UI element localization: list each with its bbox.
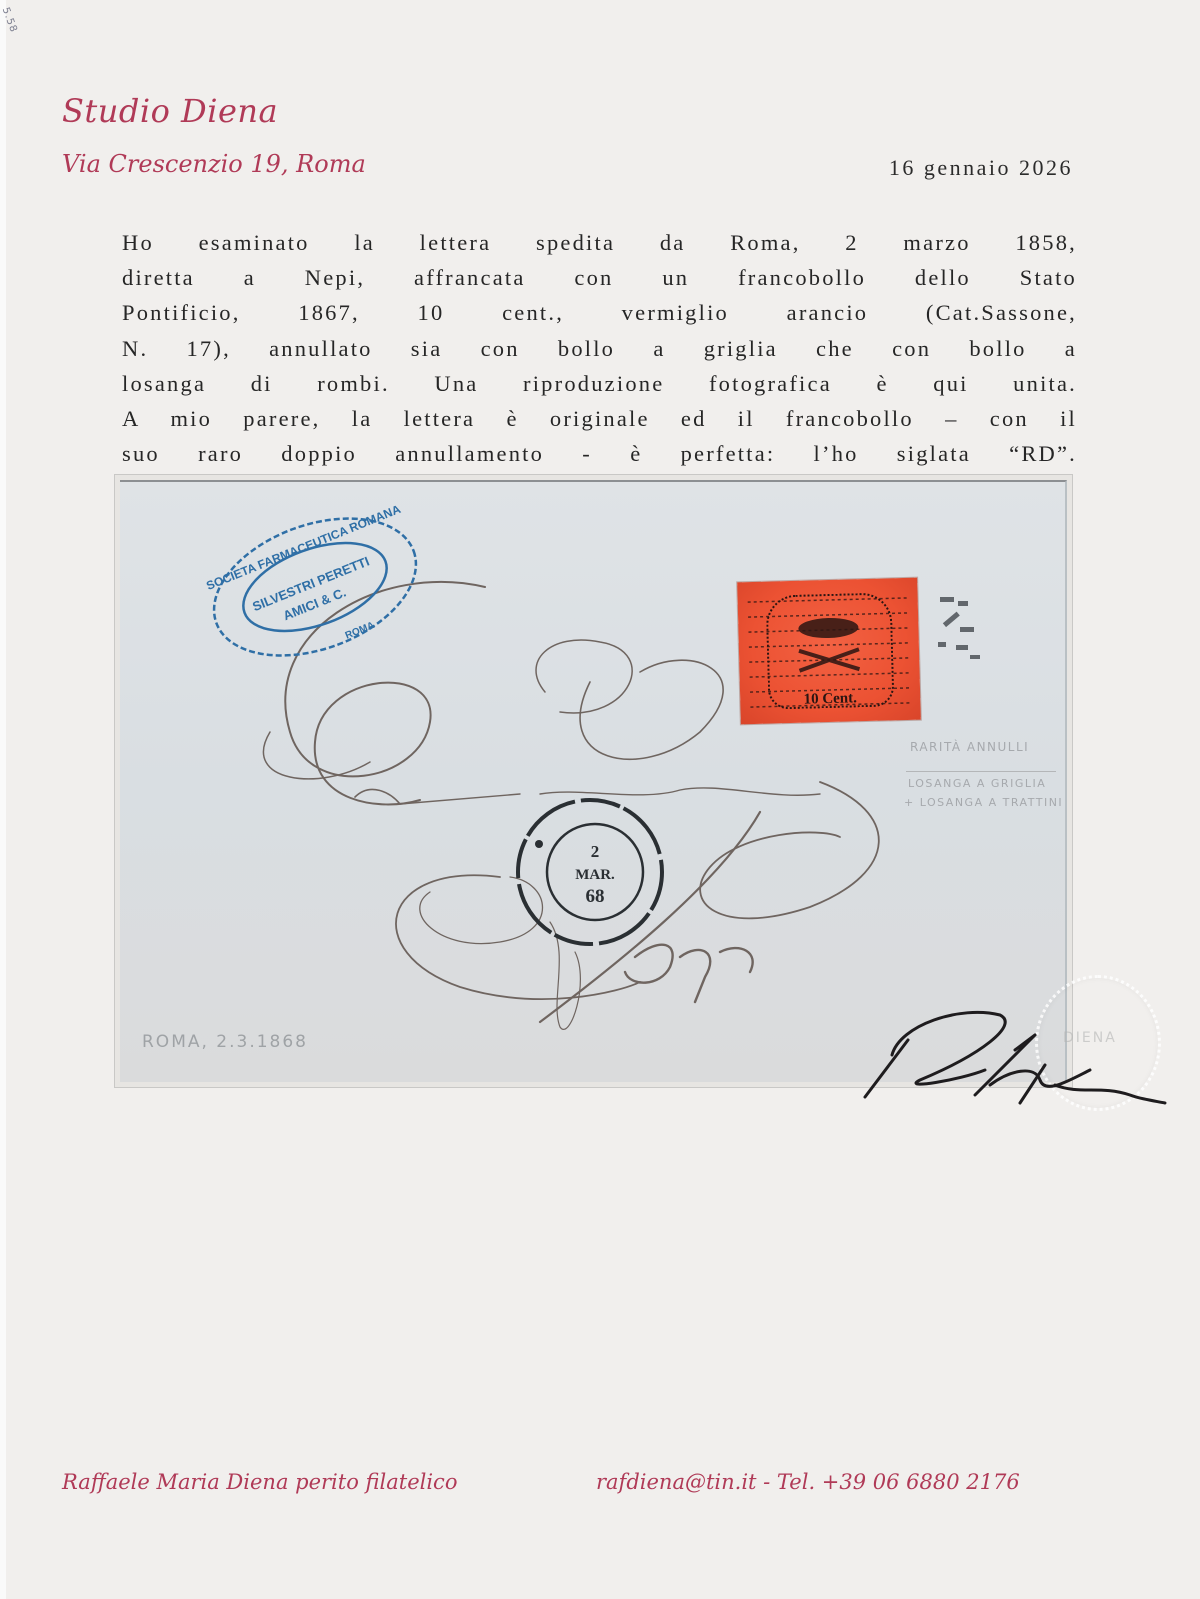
svg-text:ROMA: ROMA	[344, 620, 376, 642]
signature-icon	[840, 985, 1170, 1105]
certificate-date: 16 gennaio 2026	[889, 155, 1073, 181]
page-edge	[0, 0, 6, 1599]
body-line: N. 17), annullato sia con bollo a grigli…	[122, 331, 1077, 366]
body-line: A mio parere, la lettera è originale ed …	[122, 401, 1077, 436]
pencil-note-title: RARITÀ ANNULLI	[910, 740, 1029, 754]
body-line: losanga di rombi. Una riproduzione fotog…	[122, 366, 1077, 401]
body-line: diretta a Nepi, affrancata con un franco…	[122, 260, 1077, 295]
sender-cachet-icon: SILVESTRI PERETTI AMICI & C. SOCIETA FAR…	[175, 492, 455, 672]
lozenge-cancel-icon	[930, 587, 990, 677]
svg-text:MAR.: MAR.	[575, 867, 615, 883]
pencil-divider	[906, 771, 1056, 772]
body-line: Pontificio, 1867, 10 cent., vermiglio ar…	[122, 295, 1077, 330]
letterhead-address: Via Crescenzio 19, Roma	[62, 150, 366, 178]
footer-signatory: Raffaele Maria Diena perito filatelico	[62, 1470, 457, 1494]
pencil-note-line: LOSANGA A GRIGLIA	[908, 777, 1046, 790]
postmark-icon: 2 MAR. 68	[505, 787, 675, 957]
letterhead-name: Studio Diena	[62, 92, 278, 130]
certificate-body: Ho esaminato la lettera spedita da Roma,…	[122, 225, 1077, 471]
body-line: Ho esaminato la lettera spedita da Roma,…	[122, 225, 1077, 260]
pencil-origin-note: ROMA, 2.3.1868	[142, 1032, 308, 1052]
postage-stamp: 10 Cent.	[737, 578, 921, 725]
svg-text:68: 68	[586, 886, 605, 907]
body-line: suo raro doppio annullamento - è perfett…	[122, 436, 1077, 471]
footer-contact[interactable]: rafdiena@tin.it - Tel. +39 06 6880 2176	[596, 1470, 1020, 1494]
svg-text:2: 2	[591, 842, 600, 861]
pencil-note-line: + LOSANGA A TRATTINI	[904, 796, 1063, 809]
